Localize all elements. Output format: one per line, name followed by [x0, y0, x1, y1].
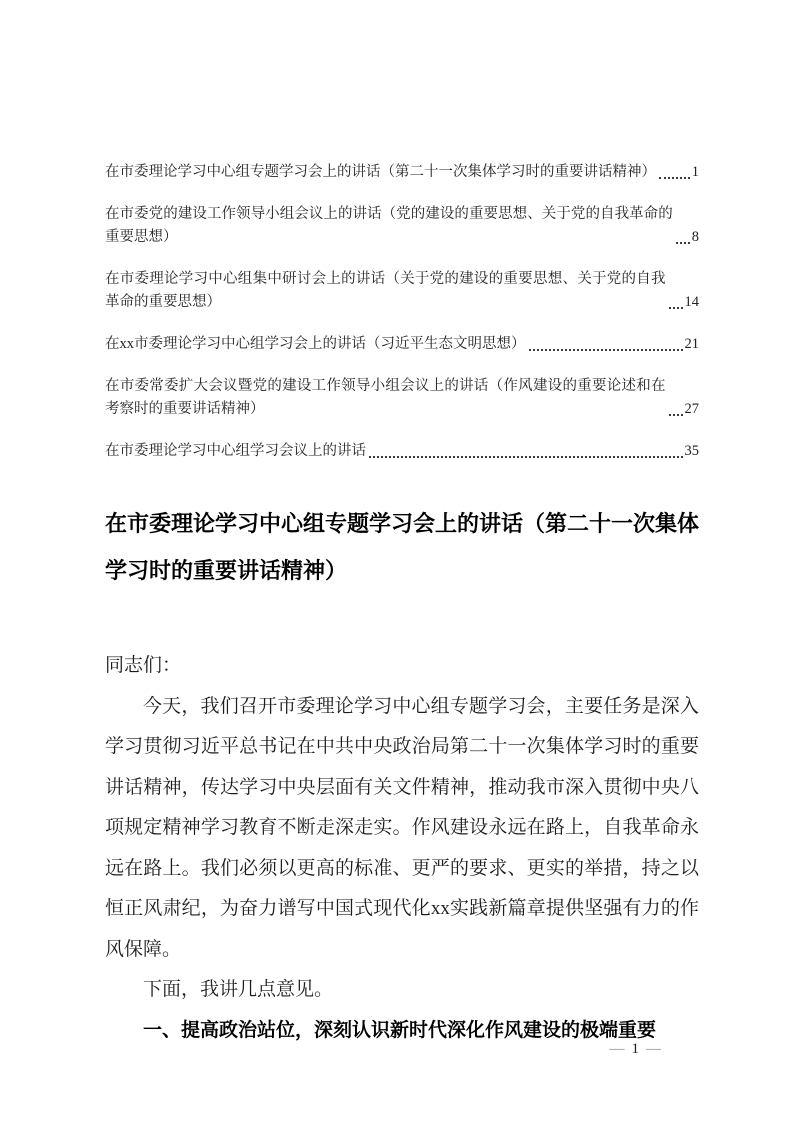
body-paragraph: 今天，我们召开市委理论学习中心组专题学习会，主要任务是深入学习贯彻习近平总书记在… [105, 687, 699, 971]
toc-dot-leader [676, 242, 690, 244]
toc-entry-page: 8 [692, 226, 699, 249]
toc-dot-leader [529, 349, 683, 351]
page-number-dash-left: — [603, 1041, 632, 1057]
article-title: 在市委理论学习中心组专题学习会上的讲话（第二十一次集体学习时的重要讲话精神） [105, 500, 699, 594]
table-of-contents: 在市委理论学习中心组专题学习会上的讲话（第二十一次集体学习时的重要讲话精神） 1… [105, 161, 699, 463]
toc-entry-page: 35 [685, 440, 700, 463]
toc-entry-title: 在市委党的建设工作领导小组会议上的讲话（党的建设的重要思想、关于党的自我革命的重… [105, 203, 673, 249]
toc-entry-page: 27 [685, 398, 700, 421]
salutation: 同志们： [105, 646, 699, 687]
document-page: 在市委理论学习中心组专题学习会上的讲话（第二十一次集体学习时的重要讲话精神） 1… [0, 0, 793, 1122]
toc-entry[interactable]: 在市委理论学习中心组集中研讨会上的讲话（关于党的建设的重要思想、关于党的自我革命… [105, 268, 699, 314]
toc-entry[interactable]: 在市委常委扩大会议暨党的建设工作领导小组会议上的讲话（作风建设的重要论述和在考察… [105, 375, 699, 421]
toc-entry-title: 在市委理论学习中心组集中研讨会上的讲话（关于党的建设的重要思想、关于党的自我革命… [105, 268, 666, 314]
page-number-dash-right: — [639, 1041, 668, 1057]
toc-entry-title: 在市委理论学习中心组专题学习会上的讲话（第二十一次集体学习时的重要讲话精神） [105, 161, 656, 184]
toc-entry-title: 在市委常委扩大会议暨党的建设工作领导小组会议上的讲话（作风建设的重要论述和在考察… [105, 375, 666, 421]
toc-entry-title: 在市委理论学习中心组学习会议上的讲话 [105, 440, 366, 463]
footer-page-number: —1— [603, 1040, 669, 1058]
toc-entry[interactable]: 在市委理论学习中心组专题学习会上的讲话（第二十一次集体学习时的重要讲话精神） 1 [105, 161, 699, 184]
body-paragraph: 下面，我讲几点意见。 [105, 970, 699, 1011]
toc-dot-leader [659, 177, 690, 179]
toc-entry[interactable]: 在xx市委理论学习中心组学习会上的讲话（习近平生态文明思想） 21 [105, 333, 699, 356]
toc-entry-title: 在xx市委理论学习中心组学习会上的讲话（习近平生态文明思想） [105, 333, 526, 356]
page-number-value: 1 [632, 1041, 640, 1057]
toc-entry-page: 21 [685, 333, 700, 356]
toc-dot-leader [369, 456, 683, 458]
page-content: 在市委理论学习中心组专题学习会上的讲话（第二十一次集体学习时的重要讲话精神） 1… [105, 0, 699, 1051]
toc-entry-page: 14 [685, 291, 700, 314]
toc-entry[interactable]: 在市委理论学习中心组学习会议上的讲话 35 [105, 440, 699, 463]
toc-dot-leader [669, 307, 683, 309]
toc-entry[interactable]: 在市委党的建设工作领导小组会议上的讲话（党的建设的重要思想、关于党的自我革命的重… [105, 203, 699, 249]
toc-entry-page: 1 [692, 161, 699, 184]
article-body: 同志们： 今天，我们召开市委理论学习中心组专题学习会，主要任务是深入学习贯彻习近… [105, 646, 699, 1051]
toc-dot-leader [669, 414, 683, 416]
